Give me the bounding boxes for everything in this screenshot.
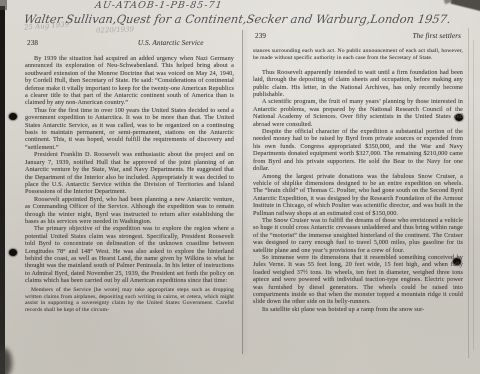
handwritten-catalog-code: AU-ATAOB-1-PB-85-71 — [94, 0, 223, 11]
binder-hole — [9, 249, 17, 256]
body-paragraph: The primary objective of the expedition … — [25, 225, 234, 284]
binder-hole — [9, 113, 17, 120]
body-paragraph: A scientific program, the fruit of many … — [253, 98, 463, 128]
right-page-header: 239 The first settlers — [253, 33, 463, 44]
scan-corner-mark-top-left — [0, 0, 7, 10]
body-paragraph: Thus Roosevelt apparently intended to wa… — [253, 69, 463, 99]
block-quote-continuation: stances surrounding each such act. No pu… — [253, 48, 463, 62]
citation-place-date: London 1957. — [369, 12, 451, 26]
body-paragraph: Its satellite ski plane was hoisted up a… — [253, 306, 463, 313]
citation-publisher: Secker and Warburg, — [246, 12, 372, 26]
right-page: 239 The first settlers stances surroundi… — [253, 33, 463, 313]
scan-corner-mark-top-right — [451, 0, 480, 12]
pencil-file-annotation: 0220/1939 — [96, 25, 134, 34]
page-gutter-line — [242, 30, 243, 354]
scanned-book-spread: AU-ATAOB-1-PB-85-71 Walter Sullivan, Que… — [0, 0, 480, 374]
pencil-date-annotation: 25 Aug 1939 — [24, 20, 70, 31]
right-running-head: The first settlers — [412, 33, 461, 40]
citation-title: Quest for a Continent, — [116, 12, 248, 26]
scan-edge-strip — [0, 6, 5, 374]
block-quote: Members of the Service [he wrote] may ta… — [25, 287, 234, 315]
left-page-header: 238 U.S. Antarctic Service — [25, 40, 234, 51]
scan-smudge-bottom-left — [0, 348, 12, 374]
body-paragraph: By 1939 the situation had acquired an ad… — [25, 55, 234, 107]
body-paragraph: Thus for the first time in over 100 year… — [25, 107, 234, 151]
body-paragraph: Roosevelt appointed Byrd, who had been p… — [25, 196, 234, 226]
page-edge-line — [468, 28, 469, 358]
body-paragraph: Among the largest private donations was … — [253, 173, 463, 217]
right-page-number: 239 — [255, 33, 266, 40]
body-paragraph: The Snow Cruiser was to fulfill the drea… — [253, 217, 463, 254]
handwritten-citation: Walter Sullivan, Quest for a Continent, … — [23, 12, 437, 26]
left-page-number: 238 — [27, 40, 38, 47]
page-edge-line — [473, 40, 474, 350]
body-paragraph: President Franklin D. Roosevelt was enth… — [25, 151, 234, 195]
left-page: 238 U.S. Antarctic Service By 1939 the s… — [25, 40, 234, 314]
body-paragraph: So immense were its dimensions that it r… — [253, 254, 463, 306]
left-running-head: U.S. Antarctic Service — [138, 40, 204, 47]
body-paragraph: Despite the official character of the ex… — [253, 128, 463, 172]
